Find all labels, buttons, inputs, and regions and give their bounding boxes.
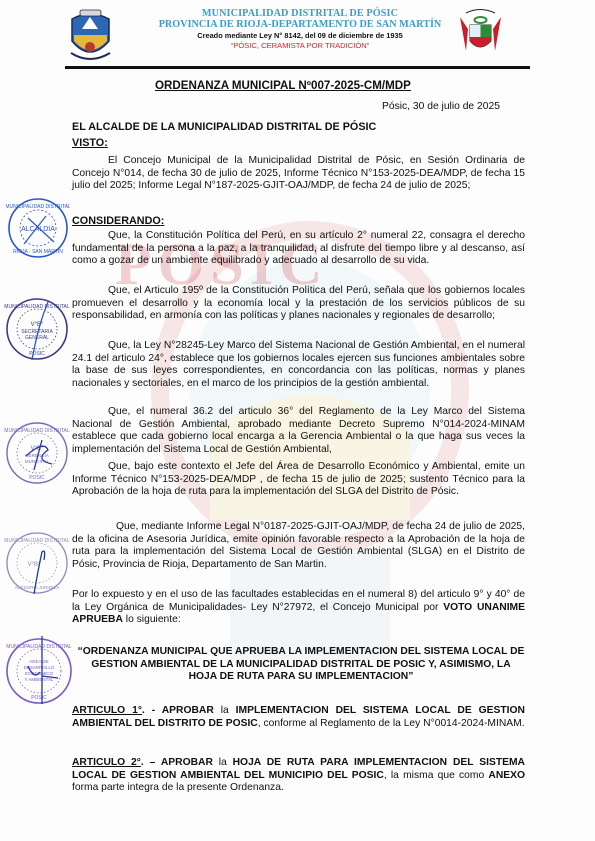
letterhead-rule bbox=[65, 66, 530, 69]
article-2: ARTICULO 2°. – APROBAR la HOJA DE RUTA P… bbox=[72, 757, 525, 795]
ordinance-title: ORDENANZA MUNICIPAL Nº007-2025-CM/MDP bbox=[155, 79, 411, 92]
letterhead-line2: PROVINCIA DE RIOJA-DEPARTAMENTO DE SAN M… bbox=[130, 19, 470, 30]
considerando-paragraph: Que, el numeral 36.2 del articulo 36° de… bbox=[72, 406, 525, 456]
letterhead-line1: MUNICIPALIDAD DISTRITAL DE PÓSIC bbox=[140, 8, 460, 19]
resolution-title: “ORDENANZA MUNICIPAL QUE APRUEBA LA IMPL… bbox=[76, 646, 526, 684]
area-desarrollo-stamp: MUNICIPALIDAD DISTRITAL AREA DE DESARROL… bbox=[4, 636, 74, 706]
considerando-paragraph: Que, la Constitución Política del Perú, … bbox=[72, 230, 525, 268]
svg-text:AREA DE: AREA DE bbox=[29, 659, 49, 664]
svg-text:POSIC: POSIC bbox=[29, 351, 45, 357]
svg-text:MUNICIPALIDAD DISTRITAL: MUNICIPALIDAD DISTRITAL bbox=[4, 428, 70, 434]
svg-text:MUNICIPALIDAD DISTRITAL: MUNICIPALIDAD DISTRITAL bbox=[4, 538, 70, 544]
svg-text:GENERAL: GENERAL bbox=[25, 335, 49, 341]
letterhead: MUNICIPALIDAD DISTRITAL DE PÓSIC PROVINC… bbox=[0, 0, 595, 72]
svg-text:V°B°: V°B° bbox=[28, 562, 41, 568]
considerando-paragraph: Que, mediante Informe Legal N°0187-2025-… bbox=[72, 521, 525, 571]
peru-coat-of-arms-icon bbox=[458, 7, 503, 59]
por-lo-expuesto-paragraph: Por lo expuesto y en el uso de las facul… bbox=[72, 589, 525, 627]
svg-text:GERENCIA: GERENCIA bbox=[25, 453, 49, 458]
secretaria-general-stamp: MUNICIPALIDAD DISTRITAL V°B° SECRETARIA … bbox=[4, 296, 70, 362]
svg-text:MUNICIPALIDAD DISTRITAL: MUNICIPALIDAD DISTRITAL bbox=[4, 304, 70, 310]
article-1: ARTICULO 1°. - APROBAR la IMPLEMENTACION… bbox=[72, 705, 525, 730]
svg-text:V°B°: V°B° bbox=[31, 322, 44, 328]
svg-text:ALCALDIA: ALCALDIA bbox=[21, 226, 55, 233]
visto-heading: VISTO: bbox=[72, 137, 108, 149]
letterhead-created: Creado mediante Ley N° 8142, del 09 de d… bbox=[140, 31, 460, 40]
svg-text:MUNICIPALIDAD DISTRITAL: MUNICIPALIDAD DISTRITAL bbox=[6, 204, 70, 210]
svg-text:Y AMBIENTAL: Y AMBIENTAL bbox=[24, 677, 54, 682]
gerencia-municipal-stamp: MUNICIPALIDAD DISTRITAL V°B° GERENCIA MU… bbox=[4, 420, 70, 486]
svg-text:MUNICIPAL: MUNICIPAL bbox=[25, 459, 50, 464]
considerando-paragraph: Que, bajo este contexto el Jefe del Área… bbox=[72, 461, 525, 499]
document-page: POSIC MUNICIPALIDAD DISTRITAL DE PÓSIC P… bbox=[0, 0, 595, 841]
letterhead-motto: “PÓSIC, CERAMISTA POR TRADICIÓN” bbox=[140, 41, 460, 50]
place-date: Pósic, 30 de julio de 2025 bbox=[382, 101, 500, 112]
svg-text:DESARROLLO: DESARROLLO bbox=[24, 665, 55, 670]
visto-paragraph: El Concejo Municipal de la Municipalidad… bbox=[72, 155, 525, 193]
svg-text:RIOJA · SAN MARTIN: RIOJA · SAN MARTIN bbox=[13, 249, 63, 255]
svg-text:POSIC: POSIC bbox=[31, 695, 47, 701]
svg-text:ECONOMICO: ECONOMICO bbox=[25, 671, 54, 676]
considerando-heading: CONSIDERANDO: bbox=[72, 215, 164, 227]
svg-text:POSIC: POSIC bbox=[29, 475, 45, 481]
svg-text:MUNICIPALIDAD DISTRITAL: MUNICIPALIDAD DISTRITAL bbox=[6, 644, 72, 650]
svg-text:SECRETARIA: SECRETARIA bbox=[21, 329, 53, 335]
considerando-paragraph: Que, el Articulo 195º de la Constitución… bbox=[72, 285, 525, 323]
alcaldia-stamp: ALCALDIA MUNICIPALIDAD DISTRITAL RIOJA ·… bbox=[6, 196, 70, 260]
svg-text:V°B°: V°B° bbox=[31, 446, 44, 452]
issuer: EL ALCALDE DE LA MUNICIPALIDAD DISTRITAL… bbox=[72, 121, 376, 133]
considerando-paragraph: Que, la Ley N°28245-Ley Marco del Sistem… bbox=[72, 340, 525, 390]
municipal-coat-of-arms-icon bbox=[68, 7, 113, 62]
asesoria-juridica-stamp: MUNICIPALIDAD DISTRITAL V°B° ASESORIA JU… bbox=[4, 530, 70, 596]
svg-text:ASESORIA JURIDICA: ASESORIA JURIDICA bbox=[15, 585, 60, 590]
